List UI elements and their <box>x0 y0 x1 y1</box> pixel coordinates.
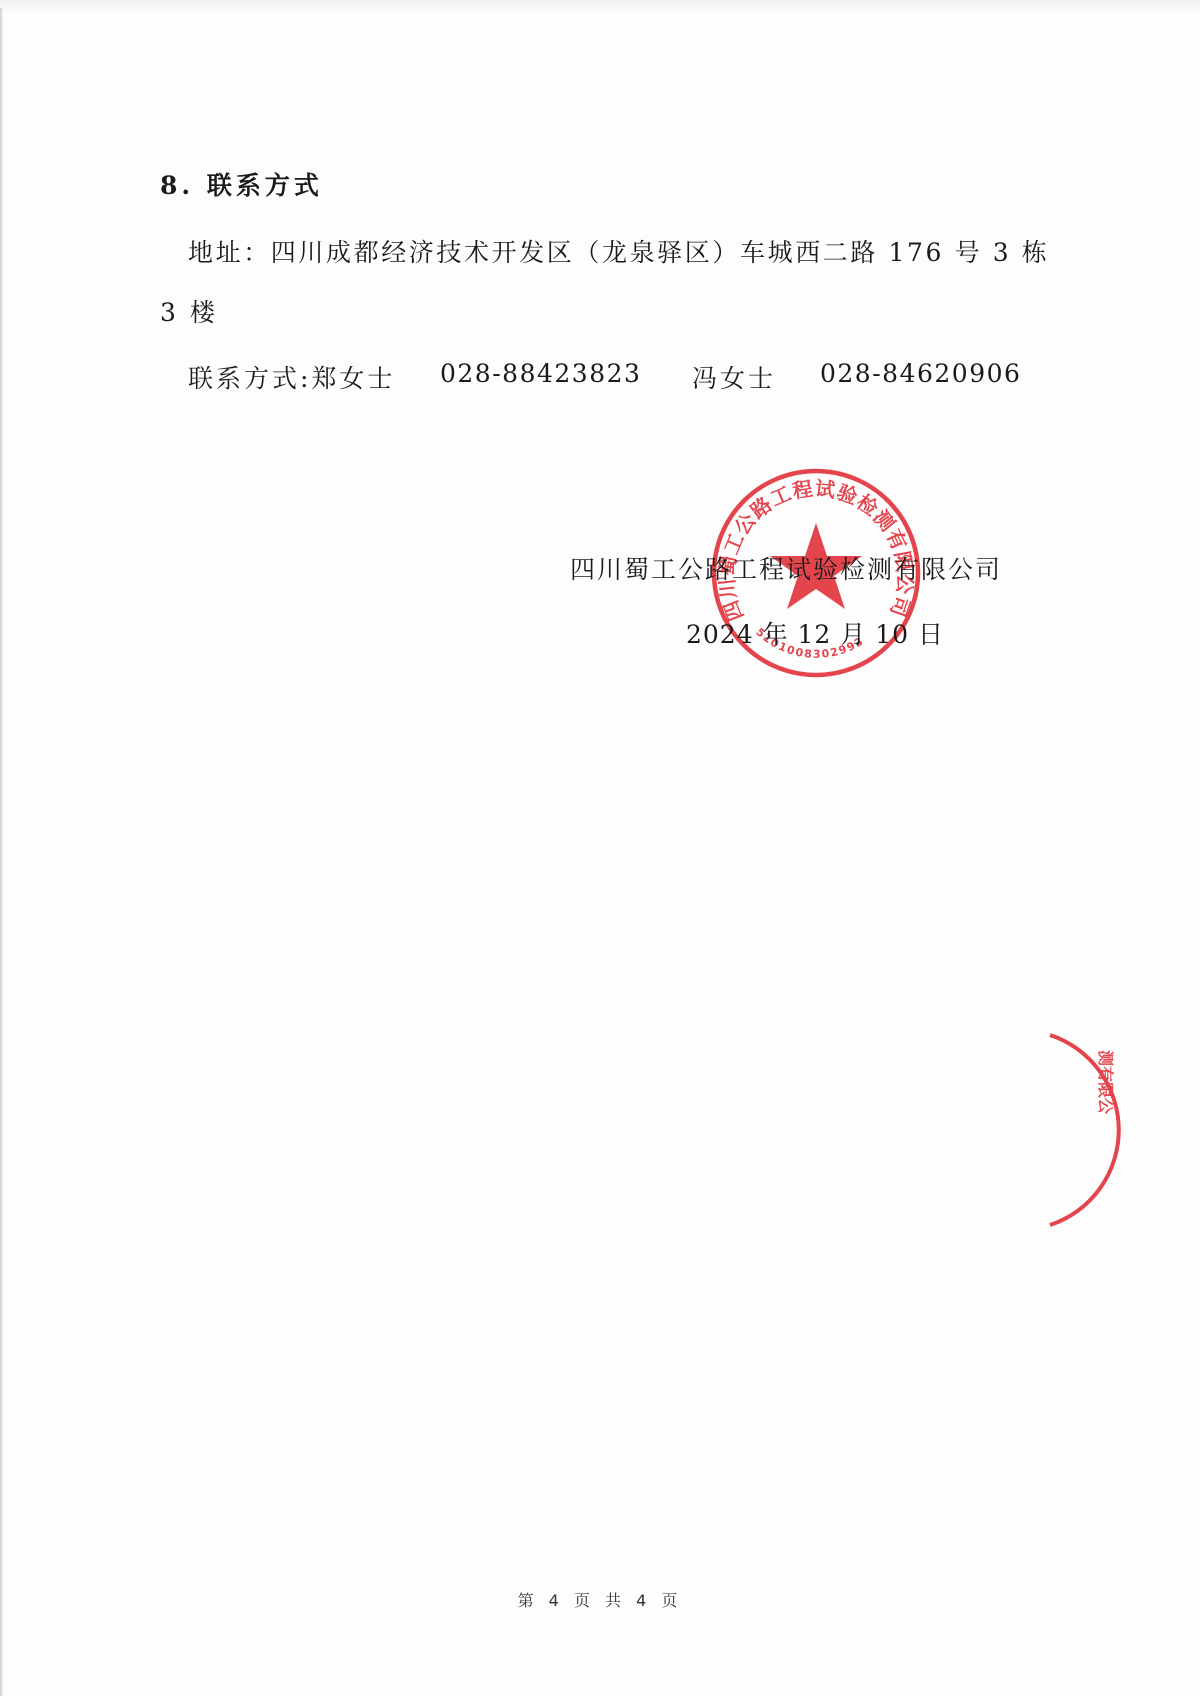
signature-date: 2024 年 12 月 10 日 <box>686 615 944 651</box>
page-indicator: 第 4 页 共 4 页 <box>0 1588 1200 1611</box>
signature-company: 四川蜀工公路工程试验检测有限公司 <box>570 550 1002 586</box>
contact-phone-1: 028-88423823 <box>440 359 641 388</box>
section-title: 联系方式 <box>207 171 323 200</box>
section-number: 8. <box>160 171 194 200</box>
contact-name-2: 冯女士 <box>692 359 776 395</box>
scan-left-edge <box>0 8 3 1696</box>
section-heading: 8. 联系方式 <box>160 166 323 202</box>
partial-seal-text: 测有限公 <box>1096 1050 1115 1115</box>
address-line-2: 3 楼 <box>160 293 218 329</box>
contact-label: 联系方式:郑女士 <box>188 359 395 395</box>
contact-phone-2: 028-84620906 <box>820 359 1021 388</box>
scan-top-edge <box>0 0 1200 14</box>
address-line-1: 地址：四川成都经济技术开发区（龙泉驿区）车城西二路 176 号 3 栋 <box>188 233 1049 269</box>
partial-seal-icon: 测有限公 <box>1040 1030 1160 1230</box>
